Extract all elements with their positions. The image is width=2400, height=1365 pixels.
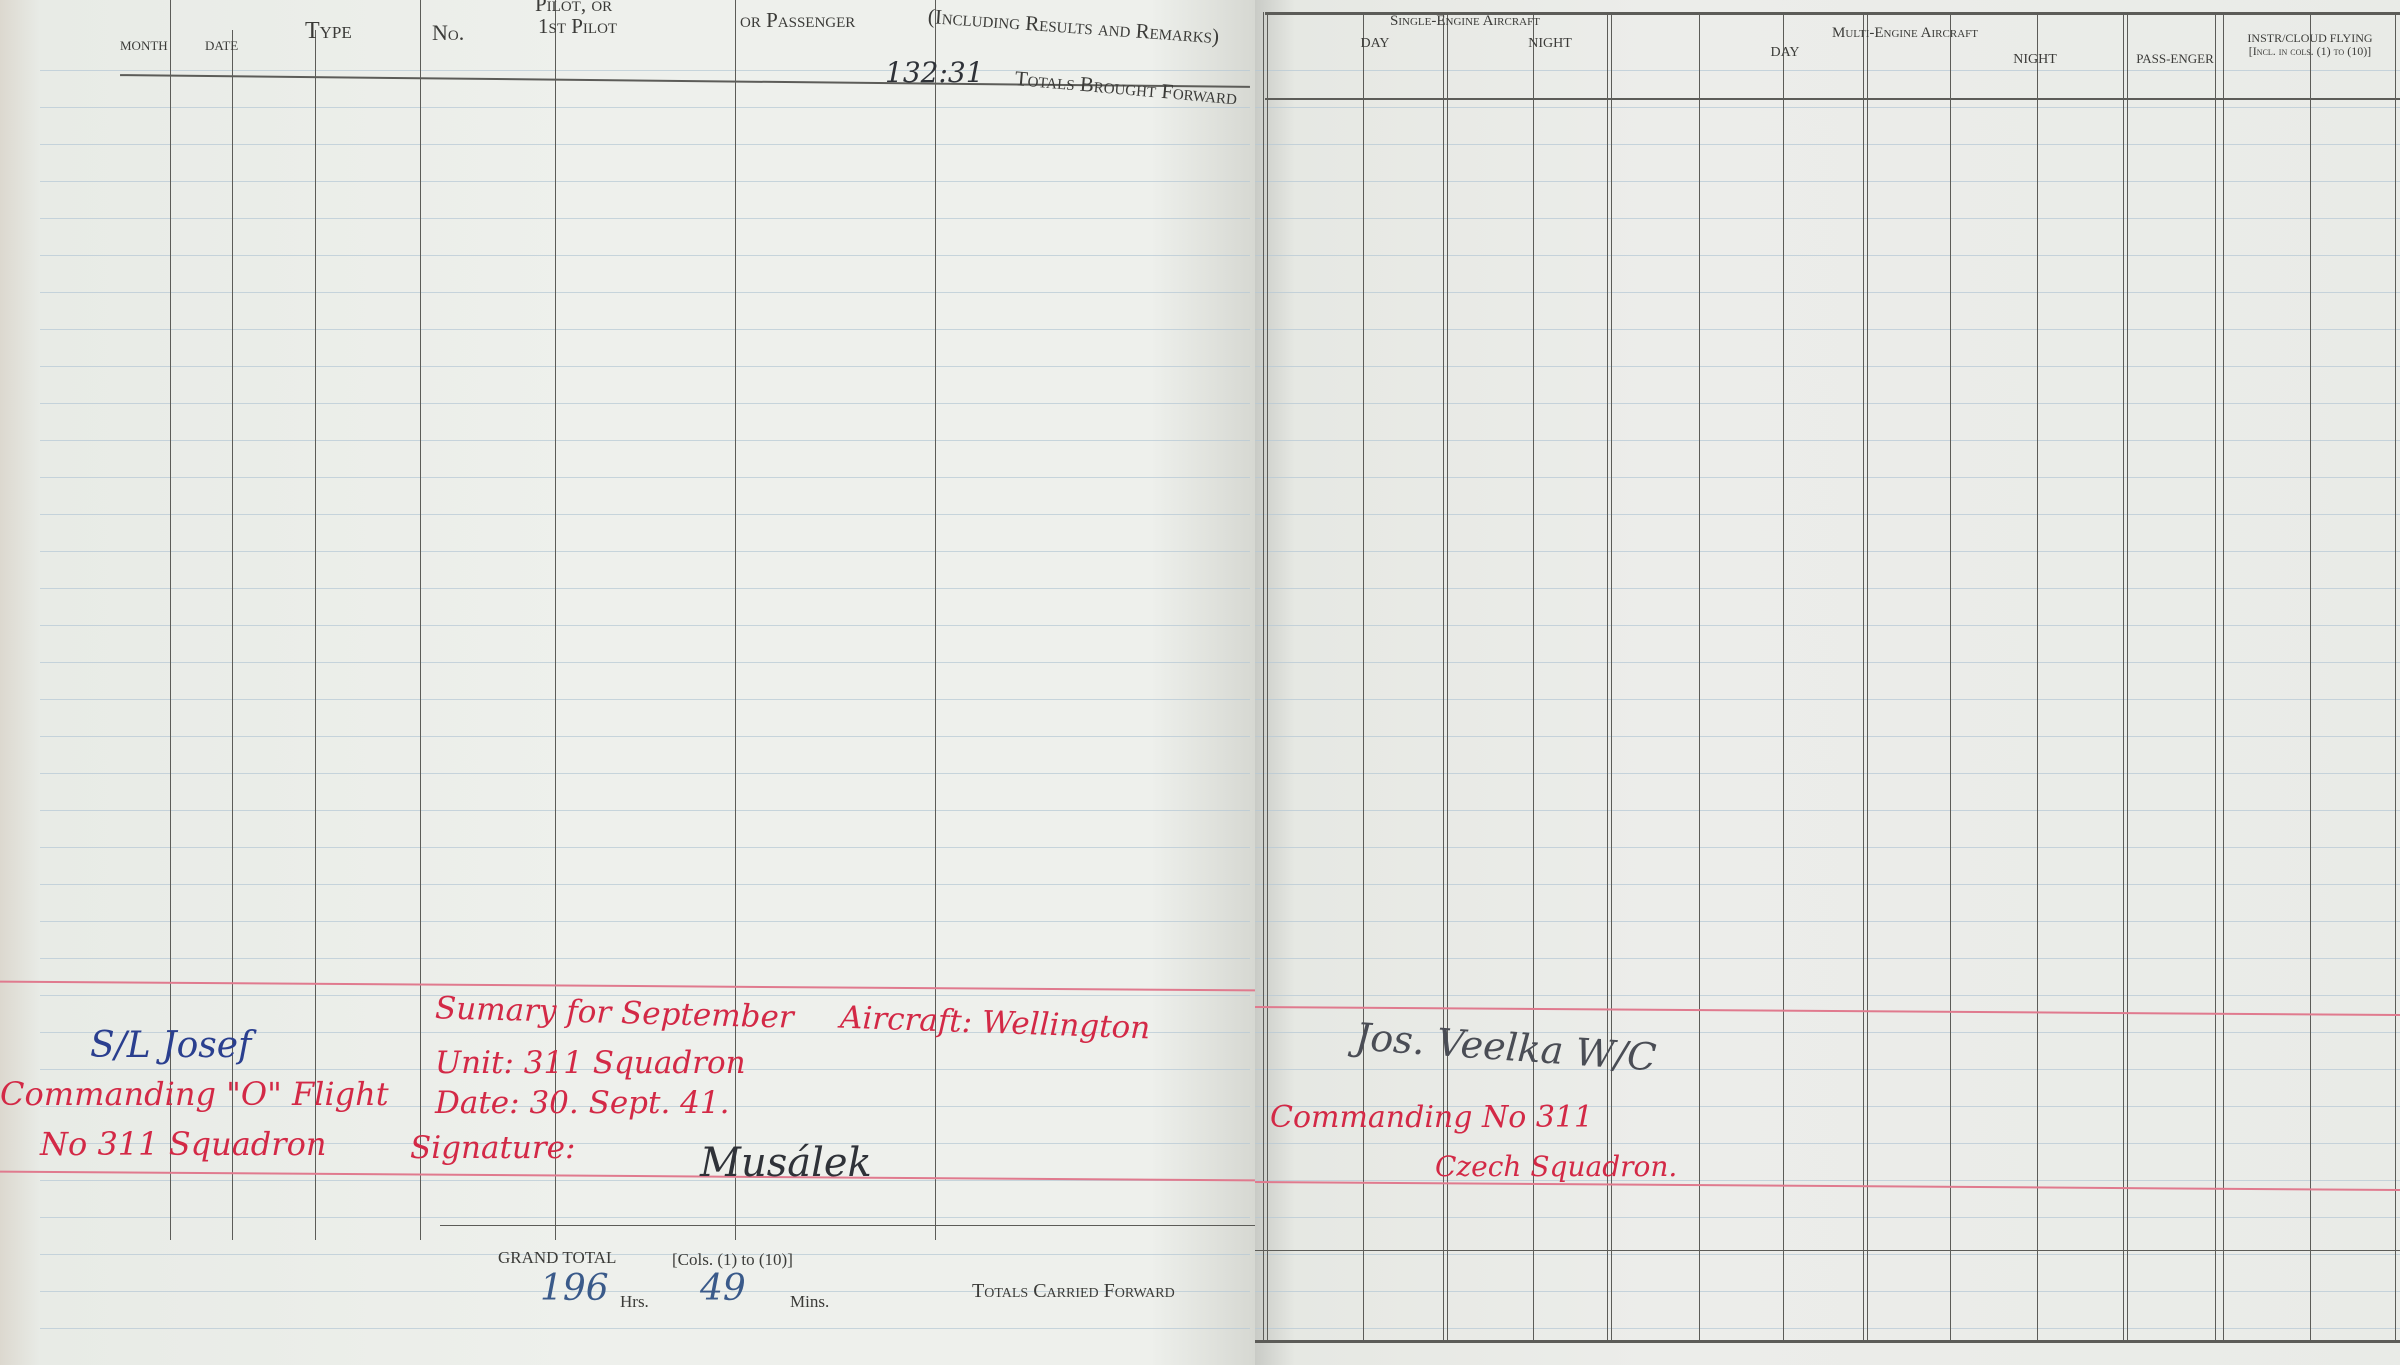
summary-signature: Musálek — [700, 1140, 872, 1186]
column-rule — [1263, 12, 1264, 1342]
ruled-line — [40, 144, 1250, 145]
column-rule — [2215, 12, 2216, 1342]
ruled-line — [40, 107, 1250, 108]
column-rule — [1363, 12, 1364, 1342]
ruled-line — [1255, 1143, 2400, 1144]
ruled-line — [1255, 810, 2400, 811]
ruled-line — [1255, 514, 2400, 515]
column-rule — [1950, 12, 1951, 1342]
ruled-line — [1255, 884, 2400, 885]
column-rule — [2310, 12, 2311, 1342]
ruled-line — [40, 477, 1250, 478]
ruled-line — [40, 884, 1250, 885]
ruled-line — [40, 366, 1250, 367]
ruled-line — [1255, 1254, 2400, 1255]
ruled-line — [40, 847, 1250, 848]
ruled-line — [1255, 1180, 2400, 1181]
ruled-line — [40, 773, 1250, 774]
ruled-line — [1255, 736, 2400, 737]
ruled-line — [40, 292, 1250, 293]
column-rule — [2123, 12, 2124, 1342]
header-first-pilot: 1st Pilot — [538, 14, 617, 39]
right-page: Single-Engine Aircraft DAY NIGHT Multi-E… — [1255, 0, 2400, 1365]
header-no: No. — [432, 20, 464, 46]
column-rule — [1783, 12, 1784, 1342]
header-bottom-rule — [1265, 98, 2400, 100]
grand-total-hrs-label: Hrs. — [620, 1292, 649, 1312]
ruled-line — [1255, 588, 2400, 589]
ruled-line — [40, 255, 1250, 256]
ruled-line — [40, 736, 1250, 737]
header-month: MONTH — [120, 38, 168, 54]
ruled-line — [40, 1328, 1250, 1329]
ruled-line — [40, 921, 1250, 922]
ruled-line — [1255, 1217, 2400, 1218]
ruled-line — [1255, 181, 2400, 182]
column-rule — [1607, 12, 1608, 1342]
header-instr-cloud: INSTR/CLOUD FLYING [Incl. in cols. (1) t… — [2235, 32, 2385, 58]
ruled-line — [1255, 847, 2400, 848]
header-passenger: or Passenger — [740, 8, 855, 33]
grand-total-minutes: 49 — [700, 1268, 746, 1309]
ruled-line — [1255, 773, 2400, 774]
column-rule — [315, 30, 316, 1240]
ruled-line — [40, 625, 1250, 626]
ruled-line — [1255, 958, 2400, 959]
brought-forward-label: Totals Brought Forward — [1014, 66, 1238, 110]
header-single-night: NIGHT — [1450, 36, 1650, 52]
column-rule — [1267, 12, 1268, 1342]
column-rule — [1447, 12, 1448, 1342]
ruled-line — [1255, 995, 2400, 996]
ruled-line — [1255, 625, 2400, 626]
grand-total-cols: [Cols. (1) to (10)] — [672, 1250, 793, 1270]
header-single-day: DAY — [1275, 36, 1475, 52]
summary-aircraft: Aircraft: Wellington — [839, 1000, 1150, 1047]
column-rule — [2223, 12, 2224, 1342]
ruled-line — [1255, 551, 2400, 552]
ruled-line — [1255, 1291, 2400, 1292]
ruled-line — [1255, 144, 2400, 145]
ruled-line — [1255, 292, 2400, 293]
ruled-line — [40, 218, 1250, 219]
ruled-line — [40, 329, 1250, 330]
column-rule — [2127, 12, 2128, 1342]
header-multi-engine: Multi-Engine Aircraft — [1655, 25, 2155, 42]
column-rule — [2395, 12, 2396, 1342]
column-rule — [2037, 12, 2038, 1342]
column-rule — [420, 0, 421, 1240]
ruled-line — [1255, 107, 2400, 108]
red-rule — [0, 981, 1255, 992]
squadron-commander-title: Commanding No 311 — [1270, 1100, 1593, 1135]
footer-bottom-rule — [1255, 1340, 2400, 1343]
ruled-line — [1255, 70, 2400, 71]
ruled-line — [40, 810, 1250, 811]
ruled-line — [40, 662, 1250, 663]
flight-commander-title: Commanding "O" Flight — [0, 1075, 389, 1113]
ruled-line — [1255, 255, 2400, 256]
ruled-line — [1255, 440, 2400, 441]
ruled-line — [1255, 699, 2400, 700]
column-rule — [1443, 12, 1444, 1342]
red-rule — [1255, 1006, 2400, 1016]
header-date: DATE — [205, 38, 238, 54]
left-page: MONTH DATE Type No. Pilot, or 1st Pilot … — [0, 0, 1255, 1365]
ruled-line — [1255, 1328, 2400, 1329]
header-multi-night: NIGHT — [1935, 52, 2135, 68]
ruled-line — [1255, 366, 2400, 367]
ruled-line — [40, 1254, 1250, 1255]
summary-signature-label: Signature: — [410, 1130, 575, 1166]
header-type: Type — [305, 18, 352, 45]
column-rule — [1611, 12, 1612, 1342]
column-rule — [935, 0, 936, 1240]
ruled-line — [1255, 329, 2400, 330]
ruled-line — [1255, 218, 2400, 219]
ruled-line — [40, 958, 1250, 959]
ruled-line — [40, 440, 1250, 441]
header-single-engine: Single-Engine Aircraft — [1315, 13, 1615, 30]
ruled-line — [40, 1180, 1250, 1181]
ruled-line — [1255, 662, 2400, 663]
ruled-line — [40, 181, 1250, 182]
grand-total-mins-label: Mins. — [790, 1292, 829, 1312]
ruled-line — [40, 1217, 1250, 1218]
column-rule — [1699, 12, 1700, 1342]
ruled-line — [40, 514, 1250, 515]
summary-month: Sumary for September — [435, 990, 795, 1035]
column-rule — [1863, 12, 1864, 1342]
footer-rule — [440, 1225, 1255, 1226]
header-remarks: (Including Results and Remarks) — [927, 4, 1220, 49]
column-rule — [1867, 12, 1868, 1342]
totals-carried-forward-label: Totals Carried Forward — [972, 1280, 1175, 1303]
ruled-line — [40, 403, 1250, 404]
squadron-commander-unit: Czech Squadron. — [1435, 1150, 1677, 1183]
column-rule — [1533, 12, 1534, 1342]
header-multi-day: DAY — [1685, 45, 1885, 61]
header-passenger-col: PASS-ENGER — [2135, 52, 2215, 66]
ruled-line — [1255, 477, 2400, 478]
ruled-line — [1255, 403, 2400, 404]
brought-forward-value: 132:31 — [885, 56, 984, 89]
red-rule — [1255, 1181, 2400, 1191]
grand-total-label: GRAND TOTAL — [498, 1248, 616, 1268]
ruled-line — [40, 699, 1250, 700]
grand-total-hours: 196 — [540, 1268, 609, 1309]
summary-date: Date: 30. Sept. 41. — [435, 1085, 730, 1121]
ruled-line — [1255, 1069, 2400, 1070]
flight-commander-squadron: No 311 Squadron — [40, 1125, 326, 1163]
ruled-line — [1255, 921, 2400, 922]
ruled-line — [40, 588, 1250, 589]
footer-rule — [1255, 1250, 2400, 1251]
flight-commander-signature: S/L Josef — [90, 1025, 251, 1066]
ruled-line — [40, 551, 1250, 552]
summary-unit: Unit: 311 Squadron — [435, 1045, 746, 1081]
